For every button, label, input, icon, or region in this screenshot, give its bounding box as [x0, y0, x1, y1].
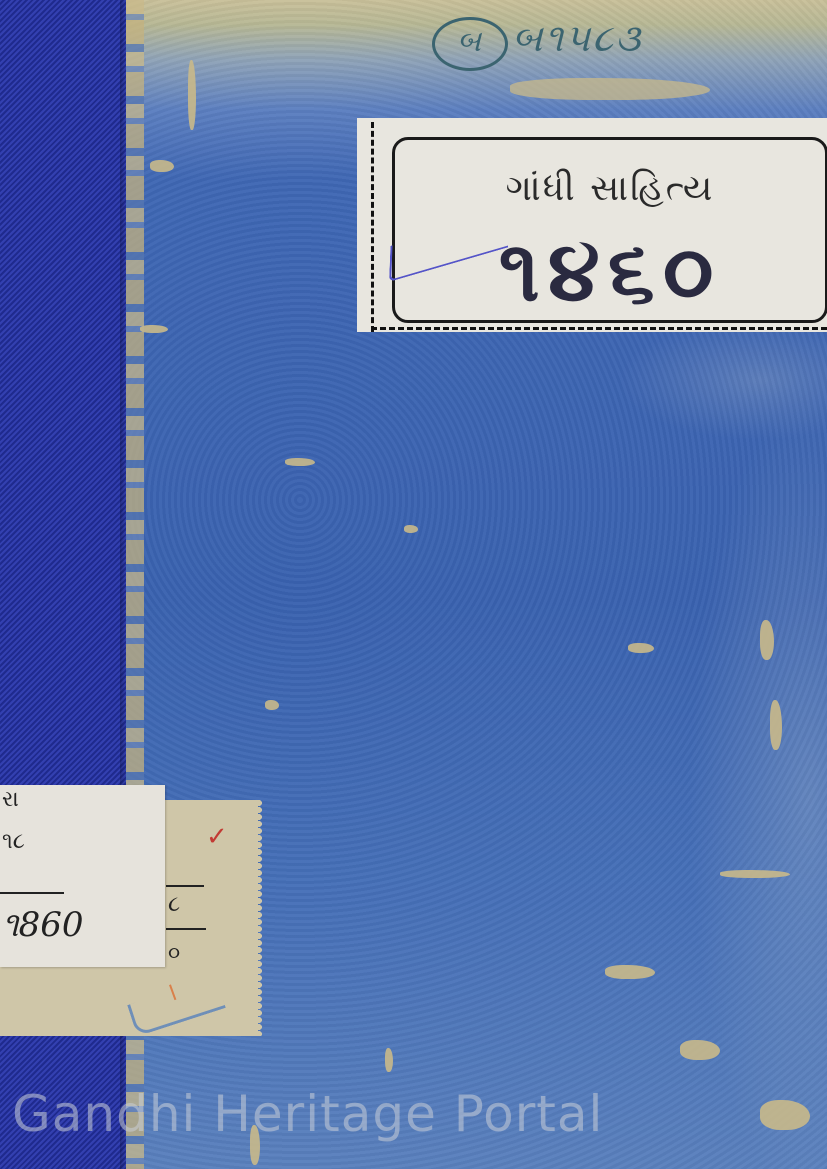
collection-title: ગાંધી સાહિત્ય	[395, 168, 825, 210]
sticker-line-2: ૧૮	[2, 829, 25, 854]
wear-flake	[150, 160, 174, 172]
red-check-icon: ✓	[206, 822, 228, 852]
perforated-edge	[256, 800, 262, 1036]
sticker-rule	[0, 892, 64, 894]
sticker-line-1: રા	[2, 787, 19, 812]
wear-flake	[720, 870, 790, 878]
wear-flake	[385, 1048, 393, 1072]
wear-flake	[285, 458, 315, 466]
circled-letter: બ	[432, 17, 508, 71]
front-sticker: રા ૧૮ ૧860	[0, 785, 165, 967]
wear-flake	[680, 1040, 720, 1060]
wear-flake	[760, 1100, 810, 1130]
wear-flake	[770, 700, 782, 750]
wear-flake	[140, 325, 168, 333]
cut-line-vertical	[371, 122, 374, 332]
fraction-rule	[166, 885, 204, 887]
wear-flake	[510, 78, 710, 100]
wear-flake	[628, 643, 654, 653]
blue-check-icon	[127, 976, 226, 1036]
handwritten-accession-mark: બબ૧૫૮૩	[432, 16, 642, 71]
fraction-bottom: ૦	[168, 940, 180, 964]
fraction-rule	[166, 928, 206, 930]
fraction-top: ૮	[168, 892, 180, 917]
wear-flake	[265, 700, 279, 710]
wear-flake	[605, 965, 655, 979]
wear-flake	[404, 525, 418, 533]
watermark: Gandhi Heritage Portal	[12, 1085, 603, 1143]
library-label: ગાંધી સાહિત્ય ૧૪૬૦	[357, 118, 827, 332]
cut-line-horizontal	[371, 327, 827, 330]
accession-text: બ૧૫૮૩	[512, 16, 642, 60]
sticker-number: ૧860	[2, 905, 84, 945]
wear-flake	[760, 620, 774, 660]
